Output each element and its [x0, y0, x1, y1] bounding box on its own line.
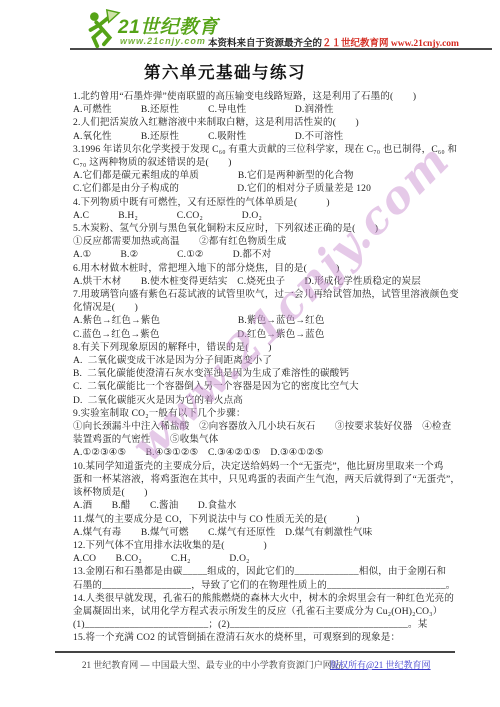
- page-title: 第六单元基础与练习: [144, 59, 306, 83]
- text-line: 蛋和一杯某溶液，将鸡蛋泡在其中，只见鸡蛋的表面产生气泡，两天后就得到了“无蛋壳”…: [73, 474, 493, 487]
- brand-url: www.21cnjy.com: [120, 36, 206, 46]
- text-line: 9.实验室制取 CO₂一般有以下几个步骤：: [73, 408, 493, 421]
- text-line: 2.人们把活炭放入红糖溶液中来制取白糖，这是利用活性炭的( ): [73, 117, 493, 130]
- text-line: A. 二氧化碳变成干冰是因为分子间距离变小了: [73, 355, 493, 368]
- brand-name: 21世纪教育: [118, 12, 218, 39]
- question-list: 1.北约曾用“石墨炸弹”使南联盟的高压输变电线路短路，这是利用了石墨的( )A.…: [73, 91, 493, 646]
- text-line: ①向长颈漏斗中注入稀盐酸 ②向容器放入几小块石灰石 ③按要求装好仪器 ④检查: [73, 421, 493, 434]
- text-line: B. 二氧化碳能使澄清石灰水变浑浊是因为生成了难溶性的碳酸钙: [73, 368, 493, 381]
- header-divider: [70, 48, 492, 50]
- runner-icon: [82, 8, 122, 50]
- text-line: A.氧化性 B.还原性 C.吸附性 D.不可溶性: [73, 131, 493, 144]
- text-line: 12.下列气体不宜用排水法收集的是( ): [73, 540, 493, 553]
- text-line: 3.1996 年诺贝尔化学奖授于发现 C₆₀ 有重大贡献的三位科学家，现在 C₇…: [73, 144, 493, 157]
- text-line: 10.某同学知道蛋壳的主要成分后，决定送给妈妈一个“无蛋壳”，他比厨房里取来一个…: [73, 461, 493, 474]
- text-line: A.①②③④⑤ B.④③①②⑤ C.③④②①⑤ D.③④①②⑤: [73, 447, 493, 460]
- text-line: A.烘干木材 B.使木桩变得更结实 C.烧死虫子 D.形成化学性质稳定的炭层: [73, 276, 493, 289]
- footer-site-info: 21 世纪教育网 — 中国最大型、最专业的中小学教育资源门户网站。: [82, 658, 350, 671]
- text-line: A.① B.② C.①② D.都不对: [73, 249, 493, 262]
- text-line: A.C B.H₂ C.CO₂ D.O₂: [73, 210, 493, 223]
- text-line: 石墨的__________________，导致了它们的在物理性质上的_____…: [73, 580, 493, 593]
- document-page: www.21cnjy.com 21世纪教育 www.21cnjy.com 本资料…: [0, 0, 500, 707]
- text-line: C.它们都是由分子构成的 D.它们的相对分子质量差是 120: [73, 183, 493, 196]
- text-line: A.CO B.CO₂ C.H₂ D.O₂: [73, 553, 493, 566]
- text-line: 化情况是( ): [73, 302, 493, 315]
- text-line: 15.将一个充满 CO2 的试管倒插在澄清石灰水的烧杯里，可观察到的现象是：: [73, 632, 493, 645]
- text-line: 13.金刚石和石墨都是由碳_____组成的，因此它们的_____________…: [73, 566, 493, 579]
- text-line: 金属凝固出来，试用化学方程式表示所发生的反应（孔雀石主要成分为 Cu₂(OH)₂…: [73, 606, 493, 619]
- resource-notice: 本资料来自于资源最齐全的２１世纪教育网 www.21cnjy.com: [208, 35, 459, 49]
- text-line: ①反应都需要加热或高温 ②都有红色物质生成: [73, 236, 493, 249]
- text-line: 6.用木材做木桩时，常把埋入地下的部分烧焦，目的是( ): [73, 263, 493, 276]
- text-line: A.紫色→红色→紫色 B.紫色→蓝色→红色: [73, 315, 493, 328]
- footer-divider: [55, 651, 455, 653]
- text-line: A.可燃性 B.还原性 C.导电性 D.润滑性: [73, 104, 493, 117]
- text-line: 装置鸡蛋的气密性 ⑤收集气体: [73, 434, 493, 447]
- text-line: 1.北约曾用“石墨炸弹”使南联盟的高压输变电线路短路，这是利用了石墨的( ): [73, 91, 493, 104]
- text-line: (1)_________________________；(2)________…: [73, 619, 493, 632]
- text-line: A.酒 B.醋 C.酱油 D.食盐水: [73, 500, 493, 513]
- text-line: 11.煤气的主要成分是 CO，下列说法中与 CO 性质无关的是( ): [73, 514, 493, 527]
- text-line: 该杯物质是( ): [73, 487, 493, 500]
- text-line: 8.有关下列现象原因的解释中，错误的是( ): [73, 342, 493, 355]
- text-line: C₇₀ 这两种物质的叙述错误的是( ): [73, 157, 493, 170]
- text-line: A.它们都是碳元素组成的单质 B.它们是两种新型的化合物: [73, 170, 493, 183]
- text-line: A.煤气有毒 B.煤气可燃 C.煤气有还原性 D.煤气有刺激性气味: [73, 527, 493, 540]
- text-line: 5.木炭粉、氢气分别与黑色氧化铜粉末反应时，下列叙述正确的是( ): [73, 223, 493, 236]
- text-line: D. 二氧化碳能灭火是因为它的着火点高: [73, 395, 493, 408]
- text-line: 4.下列物质中既有可燃性，又有还原性的气体单质是( ): [73, 197, 493, 210]
- text-line: C.蓝色→红色→紫色 D.红色→紫色→蓝色: [73, 329, 493, 342]
- footer-copyright-link[interactable]: 版权所有@21 世纪教育网: [330, 658, 431, 671]
- text-line: 7.用玻璃管向盛有紫色石蕊试液的试管里吹气，过一会儿再给试管加热，试管里溶液颜色…: [73, 289, 493, 302]
- text-line: 14.人类很早就发现，孔雀石的熊熊燃烧的森林大火中，树木的余烬里会有一种红色光亮…: [73, 593, 493, 606]
- text-line: C. 二氧化碳能比一个容器倒入另一个容器是因为它的密度比空气大: [73, 381, 493, 394]
